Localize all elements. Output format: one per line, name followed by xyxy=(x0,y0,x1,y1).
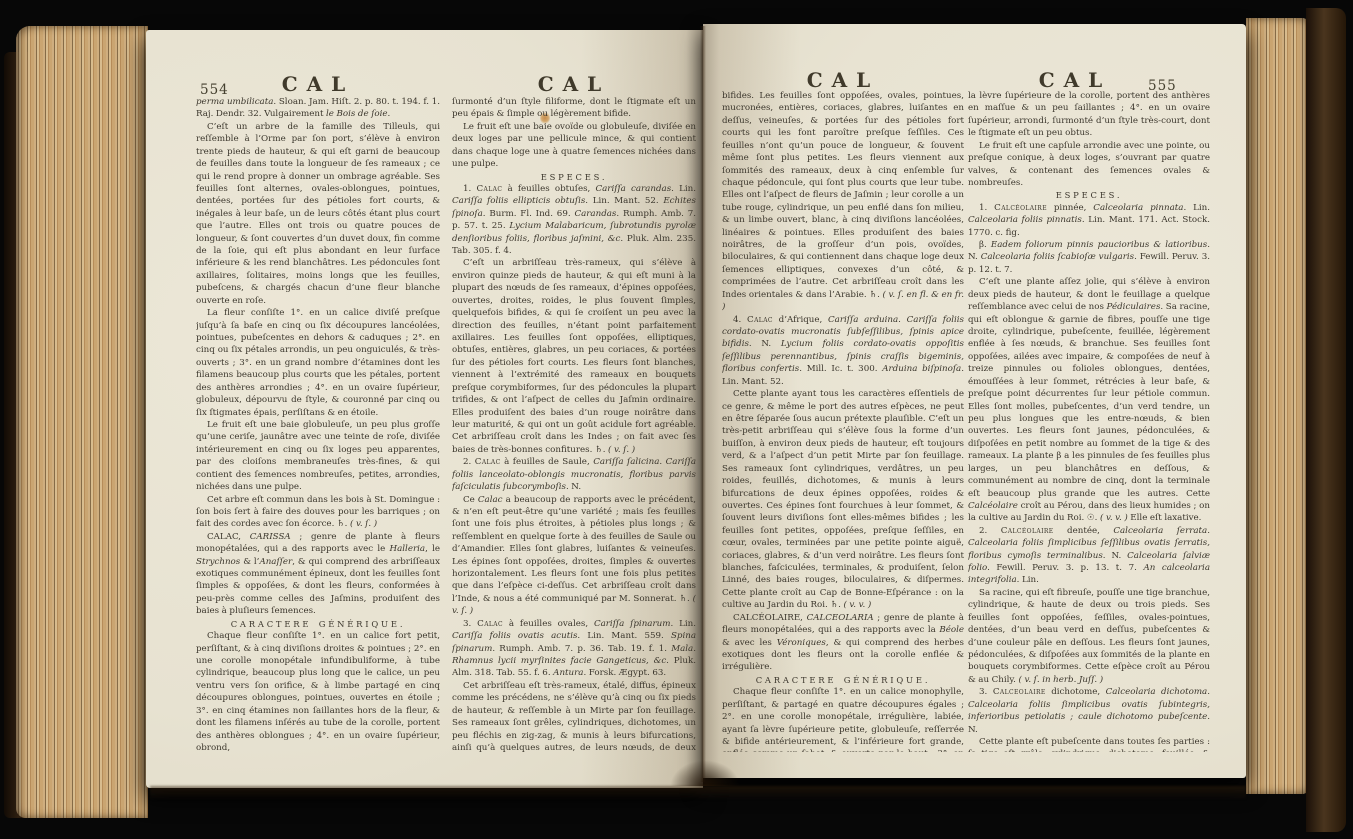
paragraph: 4. Calac d’Afrique, Cariſſa arduina. Car… xyxy=(722,314,964,389)
left-page-stack-fore-edge xyxy=(16,26,148,818)
running-head-left-col1: CAL xyxy=(196,72,440,96)
paragraph: 2. Calcéolaire dentée, Calceolaria ſerra… xyxy=(968,525,1210,587)
right-page-stack-fore-edge xyxy=(1246,18,1310,794)
paragraph: Le fruit eſt une baie ovoïde ou globuleu… xyxy=(452,121,696,171)
running-head-right-col1: CAL xyxy=(722,68,964,92)
paragraph: Sa racine, qui eſt fibreuſe, pouſſe une … xyxy=(968,587,1210,686)
paragraph: perma umbilicata. Sloan. Jam. Hiſt. 2. p… xyxy=(196,96,440,121)
paragraph: la lèvre ſupérieure de la corolle, porte… xyxy=(968,90,1210,140)
gutter-foot-shadow xyxy=(670,760,740,786)
paragraph: C’eſt une plante aſſez jolie, qui s’élèv… xyxy=(968,276,1210,524)
paragraph: bifides. Les feuilles ſont oppoſées, ova… xyxy=(722,90,964,314)
gutter-shadow xyxy=(700,26,706,782)
right-page-column-1: bifides. Les feuilles ſont oppoſées, ova… xyxy=(722,90,964,752)
paragraph: C’eſt un arbriſſeau très-rameux, qui s’é… xyxy=(452,257,696,456)
photo-of-open-book: { "palette":{"background":"#070707","pag… xyxy=(0,0,1353,839)
section-heading: ESPECES. xyxy=(452,171,696,183)
paragraph: Cet arbre eſt commun dans les bois à St.… xyxy=(196,494,440,531)
paragraph: Chaque fleur conſiſte 1°. en un calice f… xyxy=(196,630,440,754)
right-page-column-2: la lèvre ſupérieure de la corolle, porte… xyxy=(968,90,1210,752)
paragraph: Le fruit eſt une capſule arrondie avec u… xyxy=(968,140,1210,190)
paragraph: ſurmonté d’un ſtyle filiforme, dont le ſ… xyxy=(452,96,696,121)
paragraph: Chaque fleur conſiſte 1°. en un calice m… xyxy=(722,686,964,752)
paragraph: Ce Calac a beaucoup de rapports avec le … xyxy=(452,494,696,618)
paragraph: Le fruit eſt une baie globuleuſe, un peu… xyxy=(196,419,440,494)
paragraph: CALCÉOLAIRE, CALCEOLARIA ; genre de plan… xyxy=(722,612,964,674)
paragraph: β. Eadem foliorum pinnis paucioribus & l… xyxy=(968,239,1210,276)
paragraph: 1. Calcéolaire pinnée, Calceolaria pinna… xyxy=(968,202,1210,239)
section-heading: ESPECES. xyxy=(968,189,1210,201)
left-page-column-2: ſurmonté d’un ſtyle filiforme, dont le ſ… xyxy=(452,96,696,754)
paragraph: La fleur conſiſte 1°. en un calice diviſ… xyxy=(196,307,440,419)
left-page-column-1: perma umbilicata. Sloan. Jam. Hiſt. 2. p… xyxy=(196,96,440,754)
paragraph: Cette plante eſt pubeſcente dans toutes … xyxy=(968,736,1210,752)
page-bottom-shadow xyxy=(150,786,1246,800)
paragraph: C’eſt un arbre de la famille des Tilleul… xyxy=(196,121,440,307)
paragraph: 3. Calceolaire dichotome, Calceolaria di… xyxy=(968,686,1210,736)
paragraph: 2. Calac à feuilles de Saule, Cariſſa ſa… xyxy=(452,456,696,493)
section-heading: CARACTERE GÉNÉRIQUE. xyxy=(196,618,440,630)
paragraph: CALAC, CARISSA ; genre de plante à fleur… xyxy=(196,531,440,618)
right-cover-edge xyxy=(1306,8,1346,832)
paragraph: 1. Calac à feuilles obtuſes, Cariſſa car… xyxy=(452,183,696,258)
paragraph: Cet arbriſſeau eſt très-rameux, étalé, d… xyxy=(452,680,696,754)
paragraph: Cette plante ayant tous les caractères e… xyxy=(722,388,964,612)
paragraph: 3. Calac à feuilles ovales, Cariſſa ſpin… xyxy=(452,618,696,680)
running-head-left-col2: CAL xyxy=(452,72,696,96)
section-heading: CARACTERE GÉNÉRIQUE. xyxy=(722,674,964,686)
